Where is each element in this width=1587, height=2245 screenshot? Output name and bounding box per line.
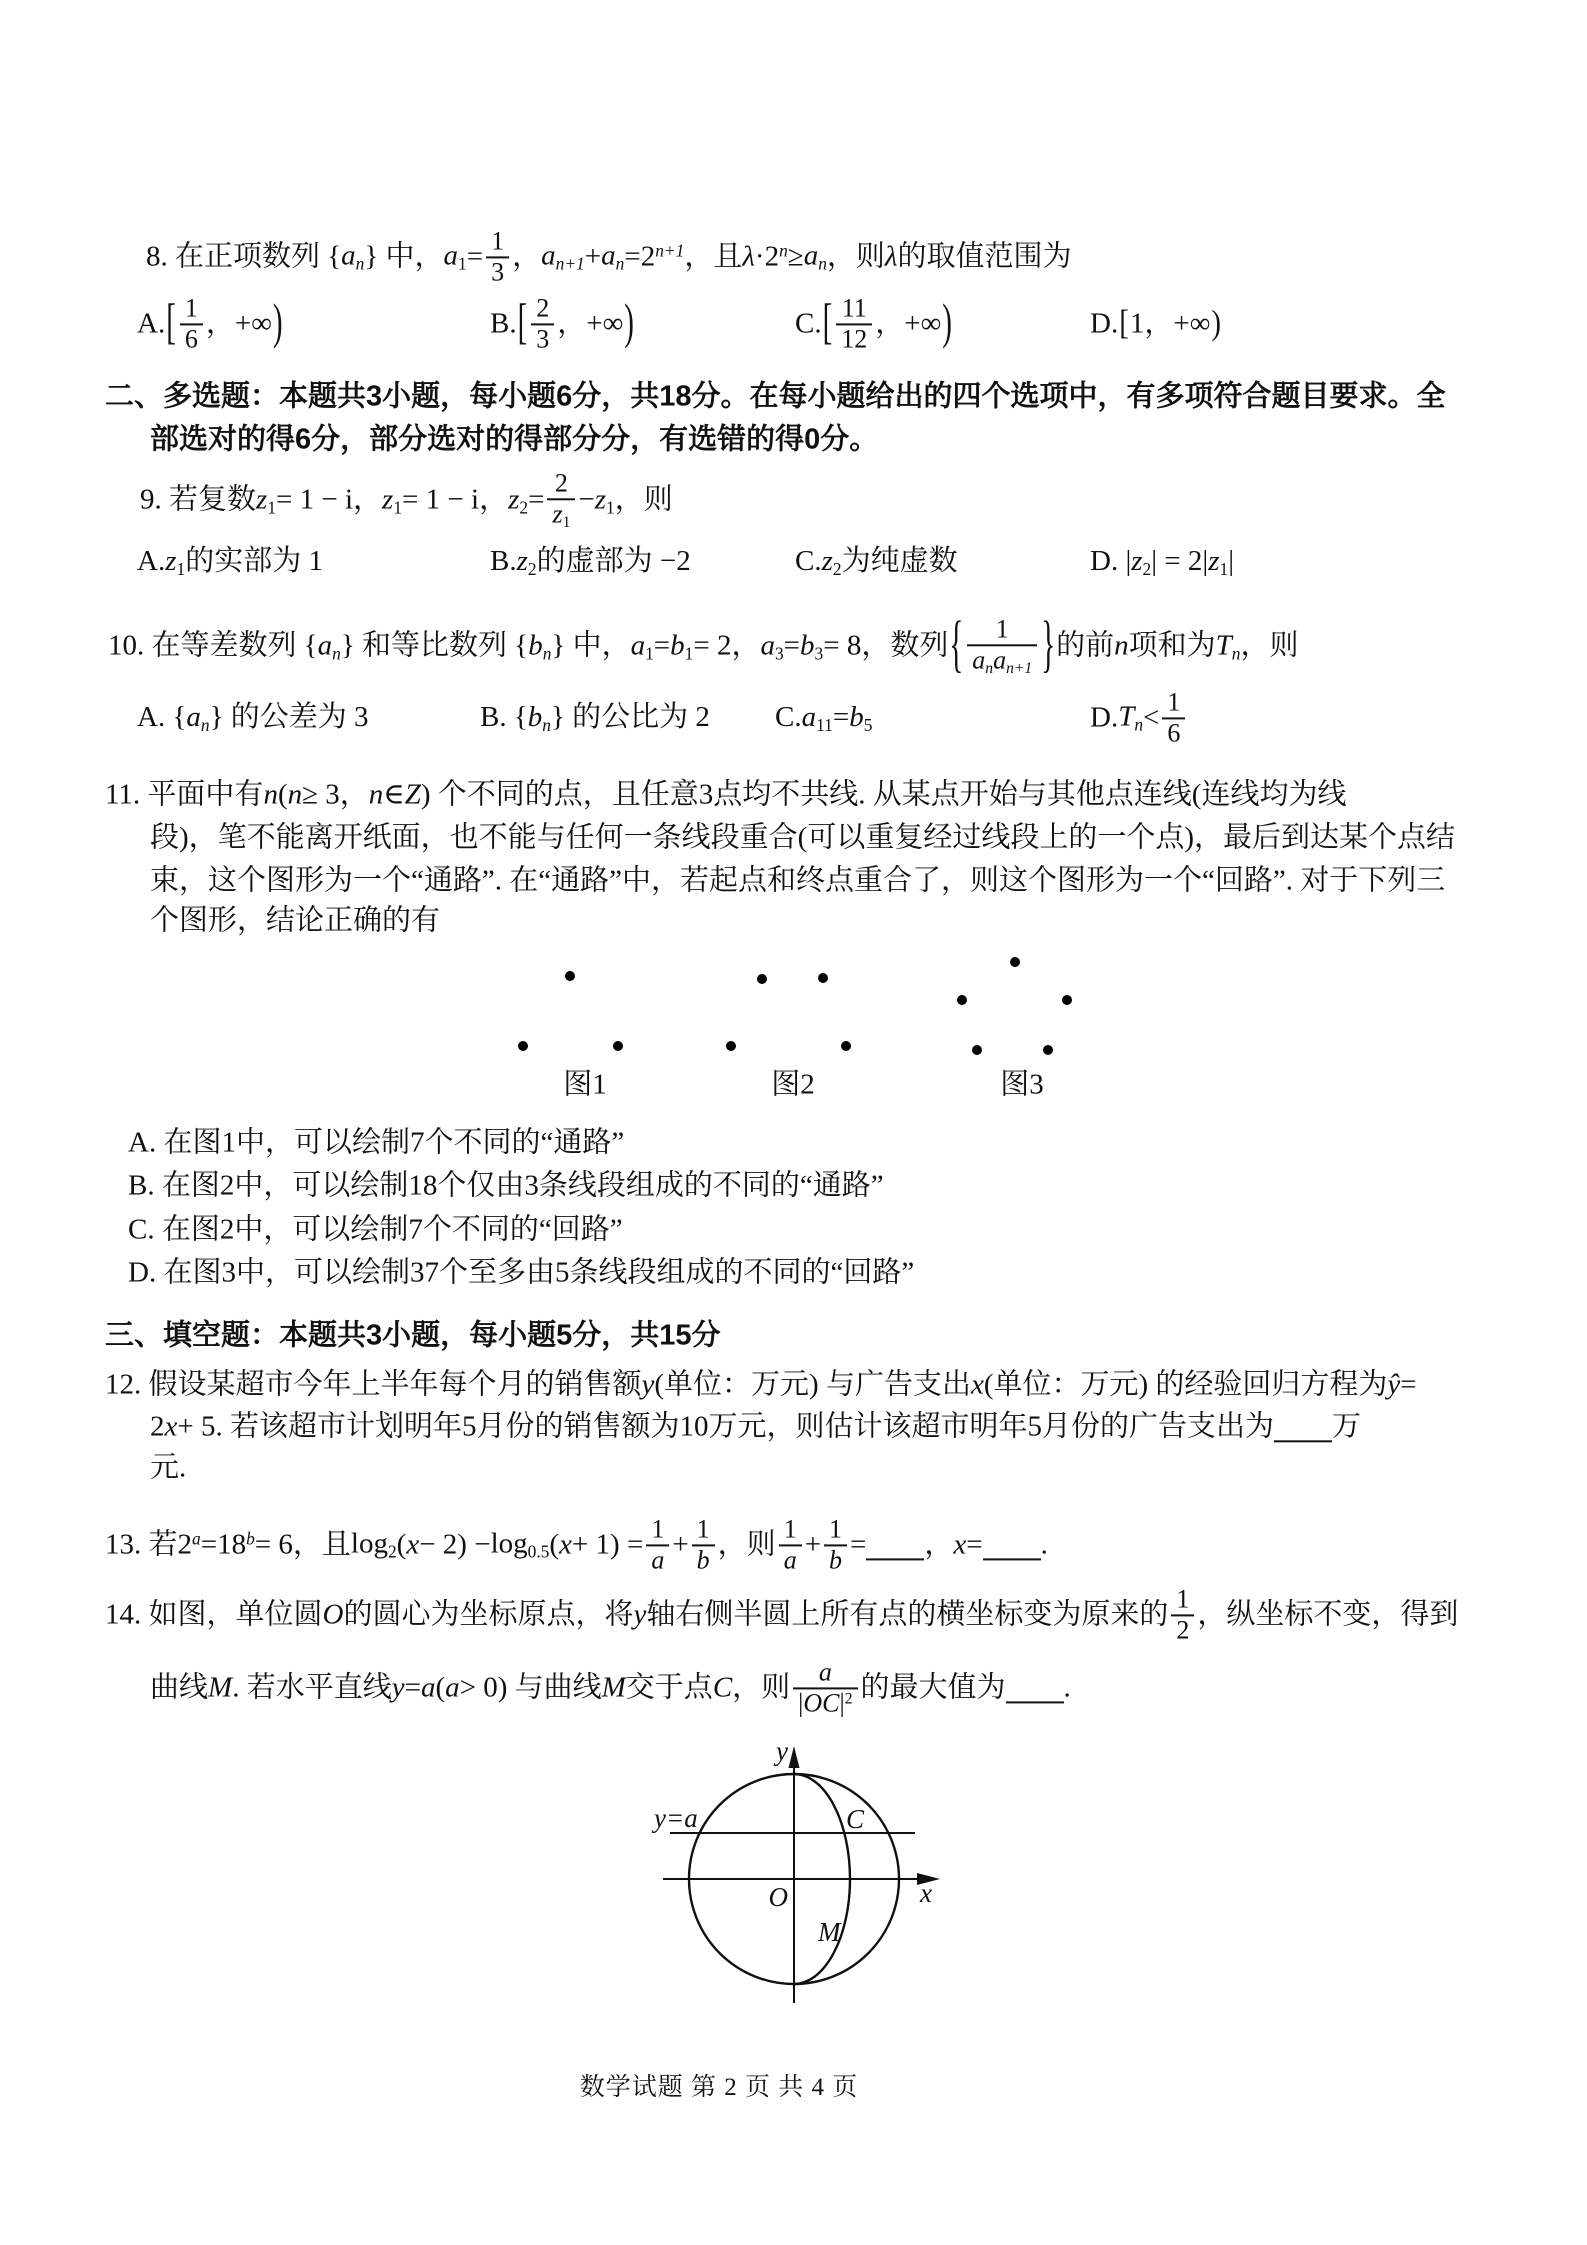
section-multi-choice-header-line1: 二、多选题：本题共3小题，每小题6分，共18分。在每小题给出的四个选项中，有多项… — [105, 380, 1446, 413]
q11-stem-line2: 段)，笔不能离开纸面，也不能与任何一条线段重合(可以重复经过线段上的一个点)，最… — [150, 821, 1455, 854]
q11-option-c: C. 在图2中，可以绘制7个不同的“回路” — [128, 1213, 623, 1246]
graph-vertex-dot — [957, 995, 967, 1005]
q8-option-d: D. [1，+∞) — [1090, 307, 1222, 340]
q8-stem: 8. 在正项数列 {an} 中，a1 = 13 ，an+1 + an = 2n+… — [146, 227, 1072, 286]
q11-stem-line3: 束，这个图形为一个“通路”. 在“通路”中，若起点和终点重合了，则这个图形为一个… — [150, 864, 1445, 897]
q11-option-a: A. 在图1中，可以绘制7个不同的“通路” — [128, 1126, 624, 1159]
graph-vertex-dot — [613, 1041, 623, 1051]
graph-vertex-dot — [1062, 995, 1072, 1005]
q13-stem: 13. 若 2a = 18b = 6，且 log2(x − 2) − log0.… — [105, 1515, 1048, 1574]
q9-stem: 9. 若复数 z1 = 1 − i，z1 = 1 − i，z2 = 2z1 − … — [140, 469, 673, 530]
graph-vertex-dot — [757, 974, 767, 984]
graph-vertex-dot — [518, 1041, 528, 1051]
q8-option-c: C. [1112，+∞) — [795, 294, 953, 353]
q10-option-b: B. {bn} 的公比为 2 — [480, 701, 710, 735]
graph-vertex-dot — [1043, 1045, 1053, 1055]
q11-option-d: D. 在图3中，可以绘制37个至多由5条线段组成的不同的“回路” — [128, 1256, 914, 1289]
q10-option-c: C. a11 = b5 — [775, 701, 872, 735]
graph-vertex-dot — [1010, 957, 1020, 967]
graph-vertex-dot — [818, 973, 828, 983]
q8-option-b: B. [23，+∞) — [490, 294, 635, 353]
q10-option-a: A. {an} 的公差为 3 — [137, 701, 369, 735]
q11-option-b: B. 在图2中，可以绘制18个仅由3条线段组成的不同的“通路” — [128, 1169, 884, 1202]
page-footer: 数学试题 第 2 页 共 4 页 — [580, 2067, 859, 2103]
figure-caption: 图2 — [771, 1062, 815, 1103]
figure-caption: 图1 — [563, 1062, 607, 1103]
point-c-label: C — [846, 1804, 865, 1834]
line-y-equals-a-label: y=a — [651, 1803, 698, 1833]
y-axis-label: y — [773, 1740, 788, 1766]
graph-vertex-dot — [565, 971, 575, 981]
exam-page: 8. 在正项数列 {an} 中，a1 = 13 ，an+1 + an = 2n+… — [0, 0, 1587, 2245]
q9-option-b: B. z2 的虚部为 −2 — [490, 545, 691, 579]
graph-vertex-dot — [972, 1045, 982, 1055]
y-axis-arrow — [789, 1746, 800, 1768]
q10-stem: 10. 在等差数列 {an} 和等比数列 {bn} 中，a1 = b1 = 2，… — [108, 615, 1299, 676]
q8-option-a: A. [16，+∞) — [137, 294, 284, 353]
q14-stem-line2: 曲线 M. 若水平直线 y = a(a > 0) 与曲线 M 交于点 C，则 a… — [150, 1658, 1071, 1717]
section-multi-choice-header-line2: 部选对的得6分，部分选对的得部分分，有选错的得0分。 — [150, 423, 878, 456]
q9-option-c: C. z2 为纯虚数 — [795, 545, 958, 579]
q10-option-d: D. Tn < 16 — [1090, 688, 1188, 747]
origin-label: O — [769, 1882, 789, 1912]
q11-stem-line4: 个图形，结论正确的有 — [150, 904, 440, 937]
q12-stem-line3: 元. — [150, 1451, 186, 1484]
q9-option-a: A. z1 的实部为 1 — [137, 545, 323, 579]
curve-m-label: M — [817, 1917, 842, 1947]
q12-stem-line1: 12. 假设某超市今年上半年每个月的销售额 y(单位：万元) 与广告支出 x(单… — [105, 1368, 1417, 1401]
graph-vertex-dot — [726, 1041, 736, 1051]
graph-vertex-dot — [841, 1041, 851, 1051]
unit-circle-figure: y x O M C y=a — [600, 1740, 1020, 2070]
q11-stem-line1: 11. 平面中有 n(n ≥ 3，n ∈ Z) 个不同的点，且任意3点均不共线.… — [105, 778, 1346, 811]
x-axis-label: x — [919, 1878, 932, 1908]
q12-stem-line2: 2x + 5. 若该超市计划明年5月份的销售额为10万元，则估计该超市明年5月份… — [150, 1410, 1361, 1443]
section-fill-blank-header: 三、填空题：本题共3小题，每小题5分，共15分 — [105, 1319, 721, 1352]
q9-option-d: D. |z2| = 2|z1| — [1090, 545, 1234, 579]
figure-caption: 图3 — [1000, 1062, 1044, 1103]
q14-stem-line1: 14. 如图，单位圆 O 的圆心为坐标原点，将 y 轴右侧半圆上所有点的横坐标变… — [105, 1585, 1458, 1644]
